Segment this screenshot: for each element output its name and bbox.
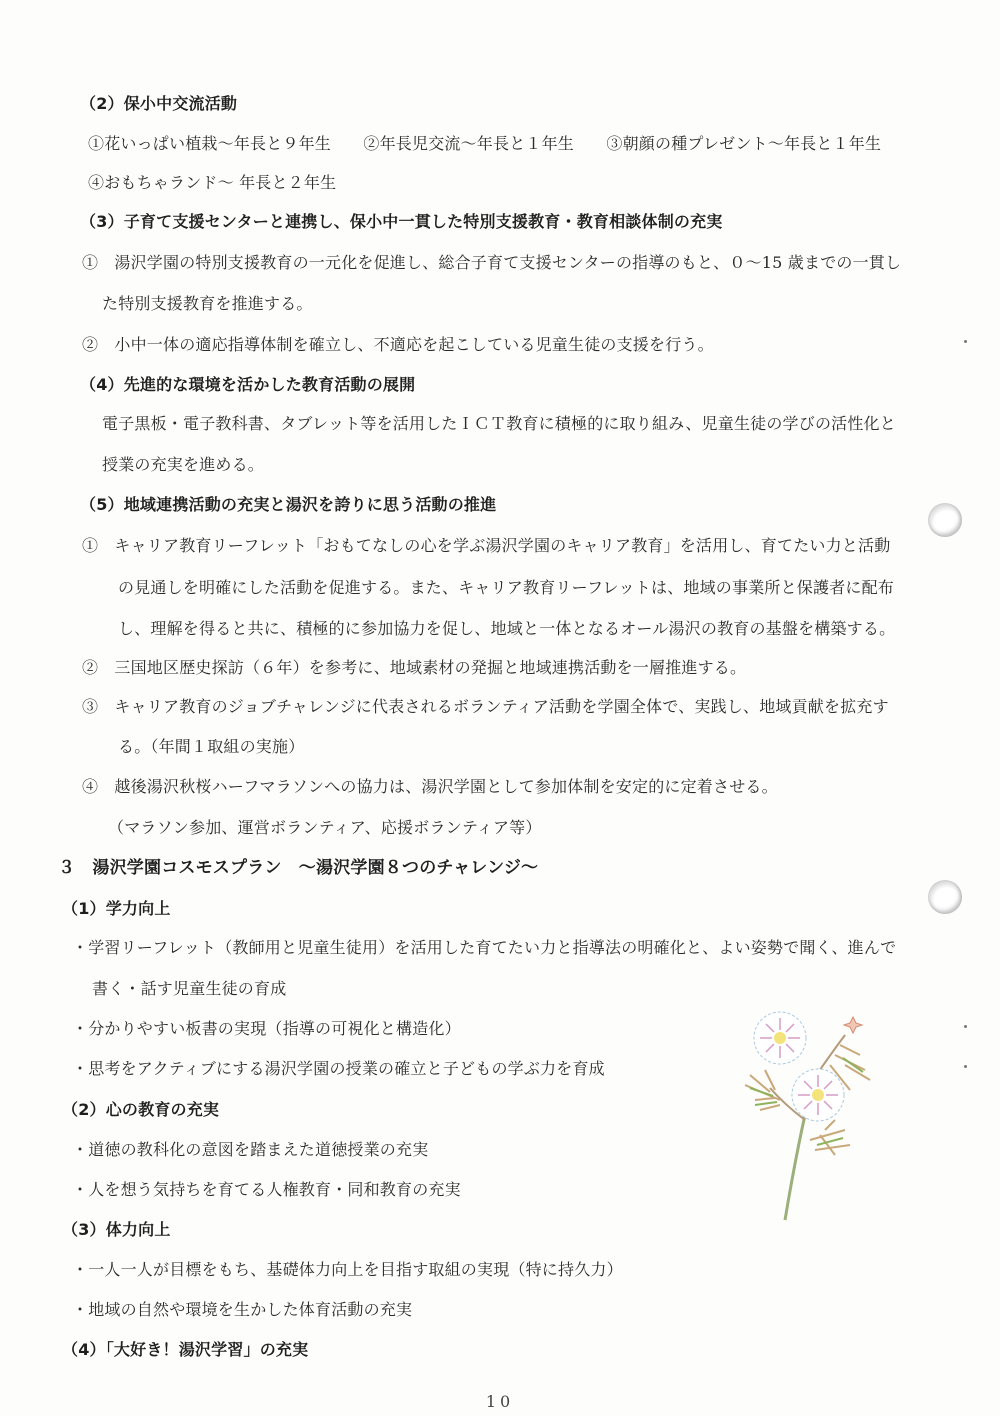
challenge-heading-3: （3）体力向上 bbox=[62, 1220, 171, 1240]
community-item-2: ② 三国地区歴史探訪（６年）を参考に、地域素材の発掘と地域連携活動を一層推進する… bbox=[82, 658, 746, 678]
challenge-heading-4: （4）「大好き！湯沢学習」の充実 bbox=[62, 1340, 308, 1360]
challenge-heading-2: （2）心の教育の充実 bbox=[62, 1100, 219, 1120]
page-number: 10 bbox=[0, 1392, 1000, 1411]
section-heading-3: （3）子育て支援センターと連携し、保小中一貫した特別支援教育・教育相談体制の充実 bbox=[80, 212, 723, 232]
ict-line-2: 授業の充実を進める。 bbox=[102, 455, 264, 475]
community-item-1-line-1: ① キャリア教育リーフレット「おもてなしの心を学ぶ湯沢学園のキャリア教育」を活用… bbox=[82, 536, 890, 556]
section-heading-5: （5）地域連携活動の充実と湯沢を誇りに思う活動の推進 bbox=[80, 495, 496, 515]
ict-line-1: 電子黒板・電子教科書、タブレット等を活用したＩＣＴ教育に積極的に取り組み、児童生… bbox=[102, 414, 896, 434]
community-item-3-line-1: ③ キャリア教育のジョブチャレンジに代表されるボランティア活動を学園全体で、実践… bbox=[82, 697, 889, 717]
exchange-activities-line-2: ④おもちゃランド〜 年長と２年生 bbox=[88, 173, 336, 193]
community-item-3-line-2: る。（年間１取組の実施） bbox=[118, 737, 304, 757]
section-heading-2: （2）保小中交流活動 bbox=[80, 94, 237, 114]
moral-bullet-1: ・道徳の教科化の意図を踏まえた道徳授業の充実 bbox=[72, 1140, 428, 1160]
moral-bullet-2: ・人を想う気持ちを育てる人権教育・同和教育の充実 bbox=[72, 1180, 461, 1200]
fitness-bullet-2: ・地域の自然や環境を生かした体育活動の充実 bbox=[72, 1300, 412, 1320]
cosmos-flower-illustration bbox=[725, 1010, 875, 1225]
community-item-4-line-2: （マラソン参加、運営ボランティア、応援ボランティア等） bbox=[108, 818, 542, 838]
support-item-2: ② 小中一体の適応指導体制を確立し、不適応を起こしている児童生徒の支援を行う。 bbox=[82, 335, 714, 355]
support-item-1-line-2: た特別支援教育を推進する。 bbox=[102, 294, 313, 314]
scan-speck bbox=[964, 340, 967, 343]
community-item-4-line-1: ④ 越後湯沢秋桜ハーフマラソンへの協力は、湯沢学園として参加体制を安定的に定着さ… bbox=[82, 777, 778, 797]
challenge-heading-1: （1）学力向上 bbox=[62, 899, 171, 919]
community-item-1-line-2: の見通しを明確にした活動を促進する。また、キャリア教育リーフレットは、地域の事業… bbox=[118, 578, 894, 598]
scan-speck bbox=[964, 1065, 967, 1068]
scan-speck bbox=[964, 1025, 967, 1028]
punch-hole-bottom bbox=[928, 880, 962, 914]
academic-bullet-1-line-2: 書く・話す児童生徒の育成 bbox=[92, 979, 286, 999]
support-item-1-line-1: ① 湯沢学園の特別支援教育の一元化を促進し、総合子育て支援センターの指導のもと、… bbox=[82, 253, 901, 273]
academic-bullet-1-line-1: ・学習リーフレット（教師用と児童生徒用）を活用した育てたい力と指導法の明確化と、… bbox=[72, 938, 896, 958]
exchange-activities-line-1: ①花いっぱい植栽〜年長と９年生 ②年長児交流〜年長と１年生 ③朝顔の種プレゼント… bbox=[88, 134, 881, 154]
chapter-3-title: ３ 湯沢学園コスモスプラン 〜湯沢学園８つのチャレンジ〜 bbox=[58, 858, 538, 878]
community-item-1-line-3: し、理解を得ると共に、積極的に参加協力を促し、地域と一体となるオール湯沢の教育の… bbox=[118, 619, 895, 639]
academic-bullet-3: ・思考をアクティブにする湯沢学園の授業の確立と子どもの学ぶ力を育成 bbox=[72, 1059, 605, 1079]
punch-hole-top bbox=[928, 503, 962, 537]
section-heading-4: （4）先進的な環境を活かした教育活動の展開 bbox=[80, 375, 415, 395]
academic-bullet-2: ・分かりやすい板書の実現（指導の可視化と構造化） bbox=[72, 1019, 461, 1039]
document-page: （2）保小中交流活動 ①花いっぱい植栽〜年長と９年生 ②年長児交流〜年長と１年生… bbox=[0, 0, 1000, 1416]
fitness-bullet-1: ・一人一人が目標をもち、基礎体力向上を目指す取組の実現（特に持久力） bbox=[72, 1260, 623, 1280]
